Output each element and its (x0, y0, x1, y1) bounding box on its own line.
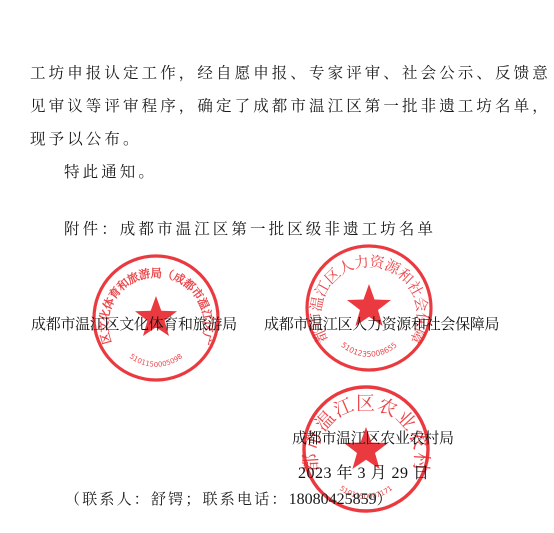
svg-text:5101150005098: 5101150005098 (128, 352, 184, 368)
contact-info: （联系人：舒锷；联系电话：18080425859） (65, 488, 394, 509)
signatory-hr-bureau: 成都市温江区人力资源和社会保障局 (264, 316, 499, 334)
date-month: 3 (358, 465, 367, 482)
closing-text: 特此通知。 (64, 162, 157, 182)
signatory-culture-bureau: 成都市温江区文化体育和旅游局 (31, 316, 237, 334)
contact-prefix: （联系人：舒锷；联系电话： (65, 490, 289, 508)
date-year: 2023 (298, 465, 332, 482)
official-seal-hr-bureau: 成都市温江区人力资源和社会保障局 5101235008655 (303, 242, 435, 374)
body-line-3: 现予以公布。 (30, 129, 142, 149)
body-line-2: 见审议等评审程序，确定了成都市温江区第一批非遗工坊名单， (30, 96, 551, 116)
issue-date: 2023 年 3 月 29 日 (298, 460, 430, 483)
svg-text:5101235008655: 5101235008655 (339, 340, 399, 359)
attachment-line: 附件：成都市温江区第一批区级非遗工坊名单 (64, 219, 436, 239)
contact-suffix: ） (377, 490, 394, 508)
signatory-agriculture-bureau: 成都市温江区农业农村局 (292, 430, 454, 448)
contact-phone: 18080425859 (289, 491, 377, 508)
date-month-suffix: 月 (371, 465, 388, 482)
date-day: 29 (392, 465, 409, 482)
date-day-suffix: 日 (413, 465, 430, 482)
body-line-1: 工坊申报认定工作，经自愿申报、专家评审、社会公示、反馈意 (30, 63, 551, 83)
date-year-suffix: 年 (337, 465, 354, 482)
